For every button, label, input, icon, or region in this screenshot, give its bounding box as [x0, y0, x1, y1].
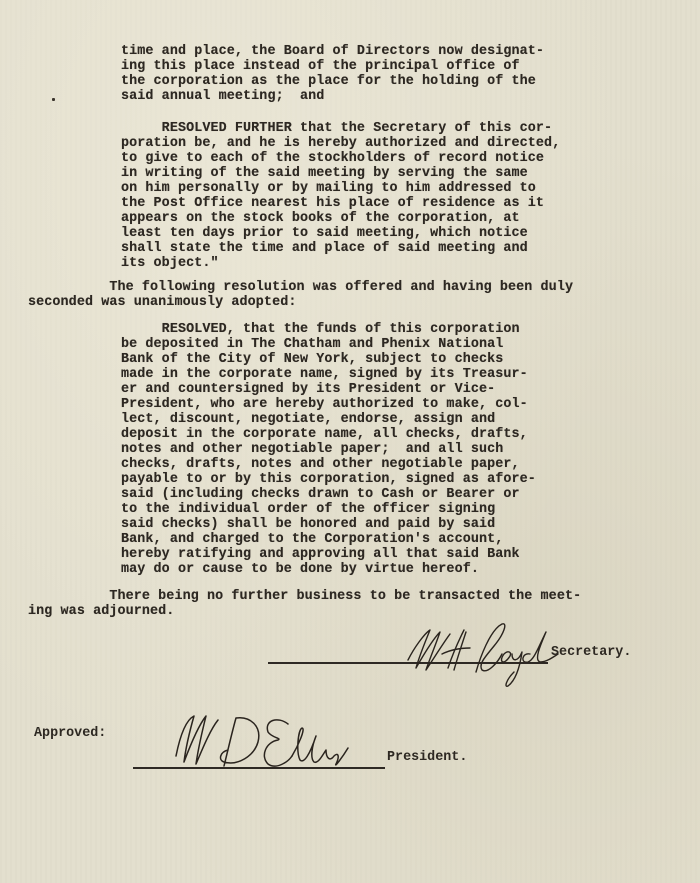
text-line: appears on the stock books of the corpor…: [121, 211, 520, 226]
text-line: to give to each of the stockholders of r…: [121, 151, 544, 166]
text-line: RESOLVED, that the funds of this corpora…: [121, 322, 520, 337]
secretary-title: Secretary.: [551, 645, 631, 660]
text-line: seconded was unanimously adopted:: [28, 295, 296, 310]
text-line: checks, drafts, notes and other negotiab…: [121, 457, 520, 472]
text-line: to the individual order of the officer s…: [121, 502, 495, 517]
text-line: poration be, and he is hereby authorized…: [121, 136, 560, 151]
text-line: There being no further business to be tr…: [28, 589, 581, 604]
text-line: time and place, the Board of Directors n…: [121, 44, 544, 59]
text-line: President, who are hereby authorized to …: [121, 397, 528, 412]
text-line: notes and other negotiable paper; and al…: [121, 442, 503, 457]
text-line: The following resolution was offered and…: [28, 280, 573, 295]
text-line: ing this place instead of the principal …: [121, 59, 520, 74]
text-line: Bank, and charged to the Corporation's a…: [121, 532, 503, 547]
text-line: said annual meeting; and: [121, 89, 324, 104]
document-page: time and place, the Board of Directors n…: [0, 0, 700, 883]
text-line: shall state the time and place of said m…: [121, 241, 528, 256]
president-title: President.: [387, 750, 467, 765]
text-line: on him personally or by mailing to him a…: [121, 181, 536, 196]
approved-label: Approved:: [34, 726, 106, 741]
text-line: er and countersigned by its President or…: [121, 382, 495, 397]
stray-mark: [52, 98, 55, 101]
text-line: the Post Office nearest his place of res…: [121, 196, 544, 211]
text-line: RESOLVED FURTHER that the Secretary of t…: [121, 121, 552, 136]
text-line: payable to or by this corporation, signe…: [121, 472, 536, 487]
president-signature: [170, 706, 350, 776]
text-line: deposit in the corporate name, all check…: [121, 427, 528, 442]
text-line: its object.": [121, 256, 219, 271]
text-line: in writing of the said meeting by servin…: [121, 166, 528, 181]
text-line: lect, discount, negotiate, endorse, assi…: [121, 412, 495, 427]
secretary-signature: [390, 618, 560, 688]
text-line: Bank of the City of New York, subject to…: [121, 352, 503, 367]
text-line: made in the corporate name, signed by it…: [121, 367, 528, 382]
text-line: the corporation as the place for the hol…: [121, 74, 536, 89]
text-line: least ten days prior to said meeting, wh…: [121, 226, 528, 241]
text-line: ing was adjourned.: [28, 604, 174, 619]
text-line: said checks) shall be honored and paid b…: [121, 517, 495, 532]
text-line: may do or cause to be done by virtue her…: [121, 562, 479, 577]
text-line: be deposited in The Chatham and Phenix N…: [121, 337, 503, 352]
text-line: said (including checks drawn to Cash or …: [121, 487, 520, 502]
text-line: hereby ratifying and approving all that …: [121, 547, 520, 562]
